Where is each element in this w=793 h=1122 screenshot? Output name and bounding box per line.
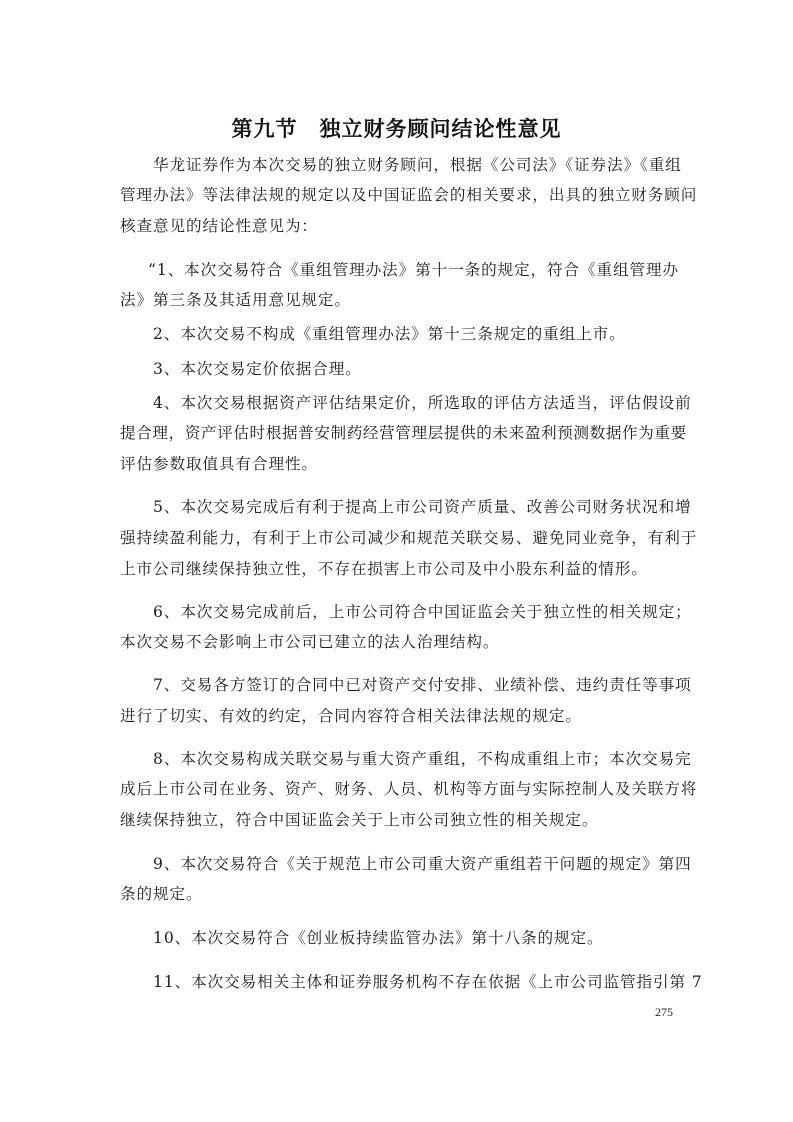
page-number: 275 bbox=[655, 1005, 673, 1020]
section-title: 第九节 独立财务顾问结论性意见 bbox=[0, 113, 793, 143]
text-line: 9、本次交易符合《关于规范上市公司重大资产重组若干问题的规定》第四 bbox=[153, 854, 680, 874]
text-line: 8、本次交易构成关联交易与重大资产重组，不构成重组上市；本次交易完 bbox=[153, 749, 680, 769]
text-line: 7、交易各方签订的合同中已对资产交付安排、业绩补偿、违约责任等事项 bbox=[153, 675, 680, 695]
text-line: 4、本次交易根据资产评估结果定价，所选取的评估方法适当，评估假设前 bbox=[153, 393, 680, 413]
text-line: 11、本次交易相关主体和证券服务机构不存在依据《上市公司监管指引第 7 bbox=[153, 972, 680, 992]
text-line: 10、本次交易符合《创业板持续监管办法》第十八条的规定。 bbox=[153, 928, 680, 948]
text-line: 3、本次交易定价依据合理。 bbox=[153, 359, 680, 379]
text-line: 提合理，资产评估时根据普安制药经营管理层提供的未来盈利预测数据作为重要 bbox=[120, 423, 680, 443]
text-line: 管理办法》等法律法规的规定以及中国证监会的相关要求，出具的独立财务顾问 bbox=[120, 185, 680, 205]
text-line: 上市公司继续保持独立性，不存在损害上市公司及中小股东利益的情形。 bbox=[120, 559, 680, 579]
text-line: 6、本次交易完成前后，上市公司符合中国证监会关于独立性的相关规定； bbox=[153, 602, 680, 622]
text-line: 法》第三条及其适用意见规定。 bbox=[120, 290, 680, 310]
text-line: 评估参数取值具有合理性。 bbox=[120, 454, 680, 474]
text-line: 华龙证券作为本次交易的独立财务顾问，根据《公司法》《证券法》《重组 bbox=[153, 155, 680, 175]
text-line: 条的规定。 bbox=[120, 884, 680, 904]
text-line: 5、本次交易完成后有利于提高上市公司资产质量、改善公司财务状况和增 bbox=[153, 497, 680, 517]
text-line: 继续保持独立，符合中国证监会关于上市公司独立性的相关规定。 bbox=[120, 810, 680, 830]
document-page: 第九节 独立财务顾问结论性意见 华龙证券作为本次交易的独立财务顾问，根据《公司法… bbox=[0, 0, 793, 1122]
text-line: 成后上市公司在业务、资产、财务、人员、机构等方面与实际控制人及关联方将 bbox=[120, 779, 680, 799]
text-line: 本次交易不会影响上市公司已建立的法人治理结构。 bbox=[120, 632, 680, 652]
text-line: 进行了切实、有效的约定，合同内容符合相关法律法规的规定。 bbox=[120, 706, 680, 726]
text-line: 2、本次交易不构成《重组管理办法》第十三条规定的重组上市。 bbox=[153, 324, 680, 344]
text-line: 核查意见的结论性意见为： bbox=[120, 216, 680, 236]
text-line: “1、本次交易符合《重组管理办法》第十一条的规定，符合《重组管理办 bbox=[148, 260, 708, 280]
text-line: 强持续盈利能力，有利于上市公司减少和规范关联交易、避免同业竞争，有利于 bbox=[120, 528, 680, 548]
